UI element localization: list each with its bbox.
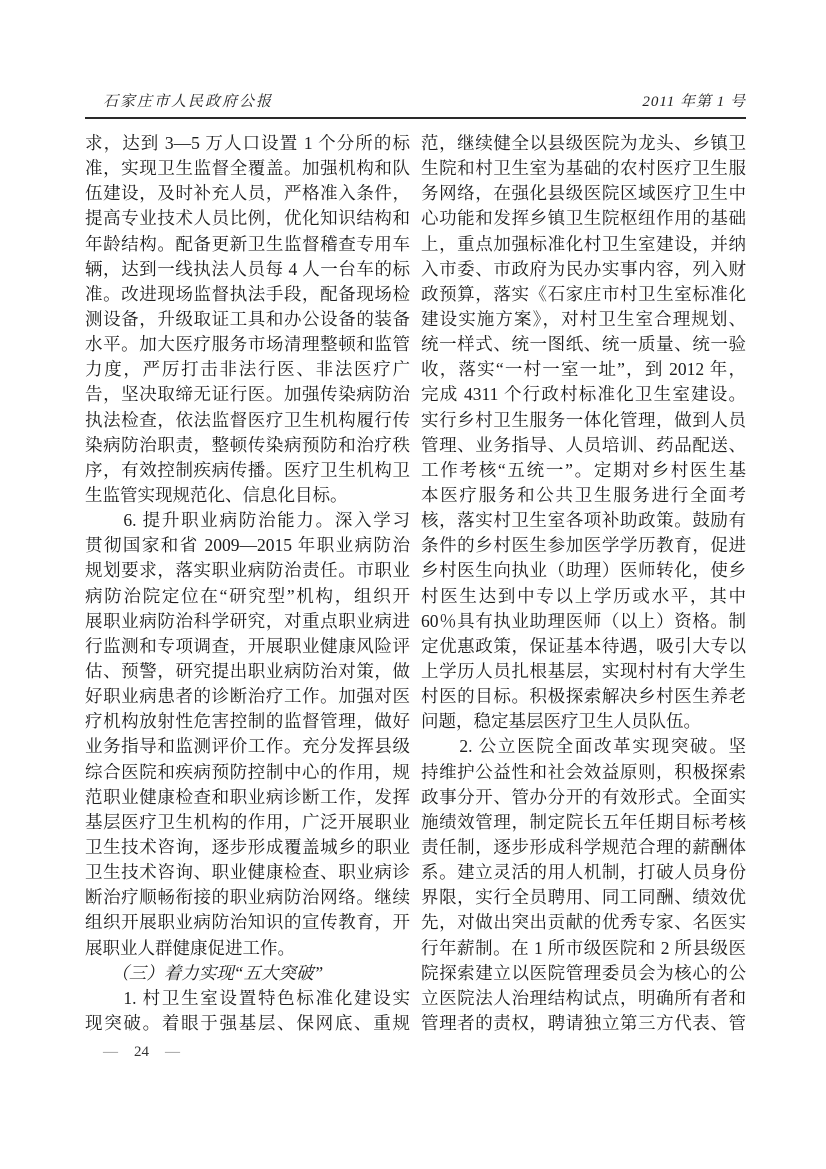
running-header: 石家庄市人民政府公报 2011 年第 1 号 [85,90,746,111]
column-right: 范，继续健全以县级医院为龙头、乡镇卫生院和村卫生室为基础的农村医疗卫生服务网络，… [421,131,746,1036]
text-line: （三）着力实现“五大突破” [85,961,410,986]
text-line: 60％具有执业助理医师（以上）资格。制 [421,609,746,634]
text-line: 乡村医生向执业（助理）医师转化，使乡 [421,558,746,583]
text-line: 1. 村卫生室设置特色标准化建设实 [85,986,410,1011]
text-line: 展职业人群健康促进工作。 [85,936,410,961]
text-line: 问题，稳定基层医疗卫生人员队伍。 [421,709,746,734]
text-line: 6. 提升职业病防治能力。深入学习 [85,508,410,533]
issue-number: 2011 年第 1 号 [642,90,746,111]
text-line: 测设备，升级取证工具和办公设备的装备 [85,307,410,332]
text-line: 村医的目标。积极探索解决乡村医生养老 [421,684,746,709]
text-line: 范职业健康检查和职业病诊断工作，发挥 [85,785,410,810]
text-line: 完成 4311 个行政村标准化卫生室建设。 [421,382,746,407]
text-line: 院探索建立以医院管理委员会为核心的公 [421,961,746,986]
text-line: 断治疗顺畅衔接的职业病防治网络。继续 [85,885,410,910]
text-line: 规划要求，落实职业病防治责任。市职业 [85,558,410,583]
text-line: 上学历人员扎根基层，实现村村有大学生 [421,659,746,684]
text-line: 统一样式、统一图纸、统一质量、统一验 [421,332,746,357]
text-line: 村医生达到中专以上学历或水平，其中 [421,584,746,609]
publication-title: 石家庄市人民政府公报 [85,90,273,111]
text-line: 染病防治职责，整顿传染病预防和治疗秩 [85,433,410,458]
text-line: 水平。加大医疗服务市场清理整顿和监管 [85,332,410,357]
text-line: 贯彻国家和省 2009—2015 年职业病防治 [85,533,410,558]
text-line: 施绩效管理，制定院长五年任期目标考核 [421,810,746,835]
text-line: 行监测和专项调查，开展职业健康风险评 [85,634,410,659]
text-line: 范，继续健全以县级医院为龙头、乡镇卫 [421,131,746,156]
text-line: 条件的乡村医生参加医学学历教育，促进 [421,533,746,558]
text-line: 年龄结构。配备更新卫生监督稽查专用车 [85,232,410,257]
text-line: 力度，严厉打击非法行医、非法医疗广 [85,357,410,382]
text-line: 组织开展职业病防治知识的宣传教育，开 [85,910,410,935]
text-line: 准，实现卫生监督全覆盖。加强机构和队 [85,156,410,181]
text-line: 上，重点加强标准化村卫生室建设，并纳 [421,232,746,257]
text-line: 准。改进现场监督执法手段，配备现场检 [85,282,410,307]
gazette-page: 石家庄市人民政府公报 2011 年第 1 号 求，达到 3—5 万人口设置 1 … [0,0,826,1169]
text-line: 生监管实现规范化、信息化目标。 [85,483,410,508]
text-line: 展职业病防治科学研究，对重点职业病进 [85,609,410,634]
text-line: 生院和村卫生室为基础的农村医疗卫生服 [421,156,746,181]
text-line: 心功能和发挥乡镇卫生院枢纽作用的基础 [421,206,746,231]
header-rule [85,117,746,119]
footer-dash-left: — [103,1044,118,1061]
text-line: 责任制，逐步形成科学规范合理的薪酬体 [421,835,746,860]
text-line: 卫生技术咨询，逐步形成覆盖城乡的职业 [85,835,410,860]
text-line: 本医疗服务和公共卫生服务进行全面考 [421,483,746,508]
text-line: 立医院法人治理结构试点，明确所有者和 [421,986,746,1011]
text-line: 好职业病患者的诊断治疗工作。加强对医 [85,684,410,709]
text-line: 界限，实行全员聘用、同工同酬、绩效优 [421,885,746,910]
text-line: 疗机构放射性危害控制的监督管理，做好 [85,709,410,734]
text-line: 先，对做出突出贡献的优秀专家、名医实 [421,910,746,935]
text-line: 现突破。着眼于强基层、保网底、重规 [85,1011,410,1036]
text-line: 核，落实村卫生室各项补助政策。鼓励有 [421,508,746,533]
text-line: 入市委、市政府为民办实事内容，列入财 [421,257,746,282]
column-left: 求，达到 3—5 万人口设置 1 个分所的标准，实现卫生监督全覆盖。加强机构和队… [85,131,410,1036]
text-line: 收，落实“一村一室一址”，到 2012 年， [421,357,746,382]
text-line: 系。建立灵活的用人机制，打破人员身份 [421,860,746,885]
text-line: 管理、业务指导、人员培训、药品配送、 [421,433,746,458]
text-line: 估、预警，研究提出职业病防治对策，做 [85,659,410,684]
footer-dash-right: — [165,1044,180,1061]
document-body: 求，达到 3—5 万人口设置 1 个分所的标准，实现卫生监督全覆盖。加强机构和队… [85,131,746,1036]
text-line: 政预算，落实《石家庄市村卫生室标准化 [421,282,746,307]
text-line: 建设实施方案》，对村卫生室合理规划、 [421,307,746,332]
text-line: 工作考核“五统一”。定期对乡村医生基 [421,458,746,483]
text-line: 定优惠政策，保证基本待遇，吸引大专以 [421,634,746,659]
text-line: 务网络，在强化县级医院区域医疗卫生中 [421,181,746,206]
text-line: 管理者的责权，聘请独立第三方代表、管 [421,1011,746,1036]
text-line: 实行乡村卫生服务一体化管理，做到人员 [421,408,746,433]
text-line: 序，有效控制疾病传播。医疗卫生机构卫 [85,458,410,483]
text-line: 病防治院定位在“研究型”机构，组织开 [85,584,410,609]
text-line: 告，坚决取缔无证行医。加强传染病防治 [85,382,410,407]
text-line: 提高专业技术人员比例，优化知识结构和 [85,206,410,231]
text-line: 执法检查，依法监督医疗卫生机构履行传 [85,408,410,433]
text-line: 辆，达到一线执法人员每 4 人一台车的标 [85,257,410,282]
text-line: 综合医院和疾病预防控制中心的作用，规 [85,760,410,785]
text-line: 卫生技术咨询、职业健康检查、职业病诊 [85,860,410,885]
text-line: 业务指导和监测评价工作。充分发挥县级 [85,734,410,759]
text-line: 2. 公立医院全面改革实现突破。坚 [421,734,746,759]
text-line: 行年薪制。在 1 所市级医院和 2 所县级医 [421,936,746,961]
text-line: 政事分开、管办分开的有效形式。全面实 [421,785,746,810]
text-line: 基层医疗卫生机构的作用，广泛开展职业 [85,810,410,835]
page-number: 24 [134,1044,149,1061]
page-footer: — 24 — [103,1044,180,1061]
text-line: 伍建设，及时补充人员，严格准入条件， [85,181,410,206]
text-line: 持维护公益性和社会效益原则，积极探索 [421,760,746,785]
text-line: 求，达到 3—5 万人口设置 1 个分所的标 [85,131,410,156]
